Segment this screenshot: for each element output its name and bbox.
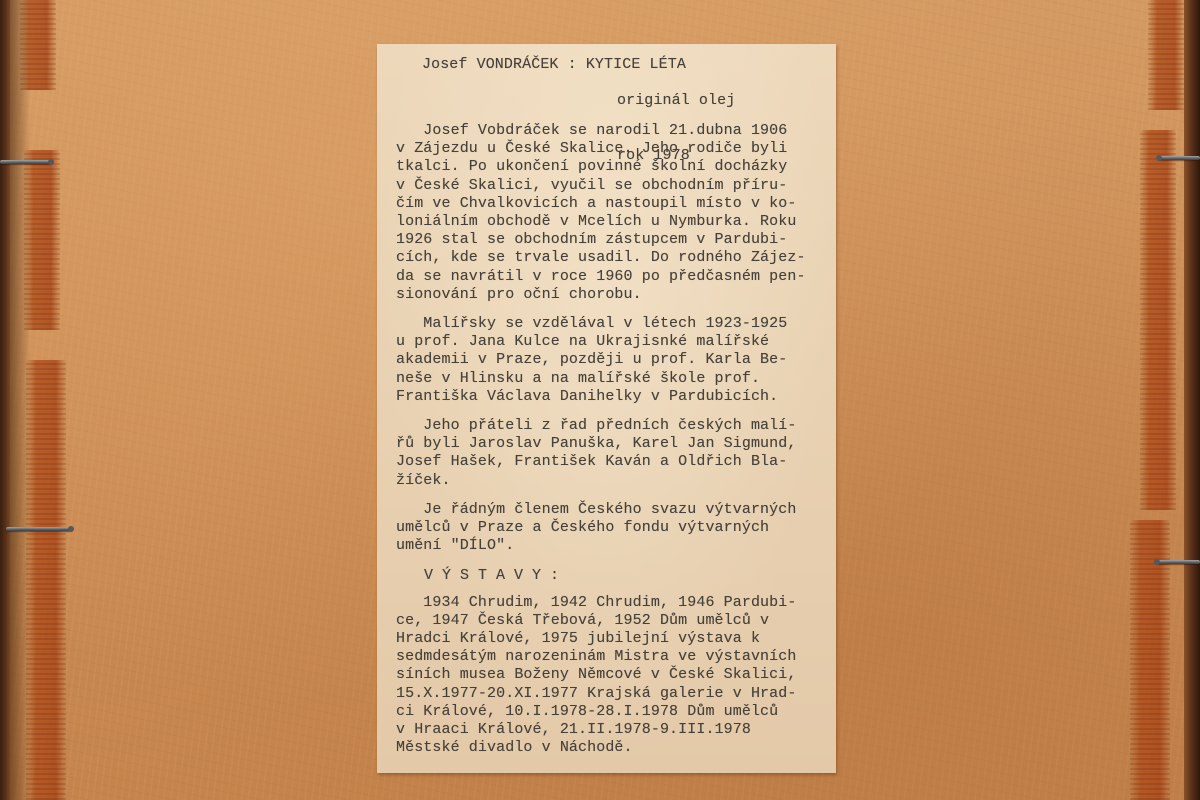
typed-line: 1926 stal se obchodním zástupcem v Pardu… [396,231,836,249]
frame-edge-left [0,0,10,800]
typed-line: da se navrátil v roce 1960 po předčasném… [396,268,836,286]
exhibitions-heading: V Ý S T A V Y : [424,567,836,585]
paragraph-membership: Je řádným členem Českého svazu výtvarnýc… [396,501,836,556]
typed-line: Františka Václava Danihelky v Pardubicíc… [396,388,836,406]
typed-line: u prof. Jana Kulce na Ukrajisnké malířsk… [396,333,836,351]
exhibition-line: Hradci Králové, 1975 jubilejní výstava k [396,630,836,648]
typed-line: Josef Vobdráček se narodil 21.dubna 1906 [396,122,836,140]
card-body: Josef Vobdráček se narodil 21.dubna 1906… [396,122,836,555]
exhibition-line: ce, 1947 Česká Třebová, 1952 Dům umělců … [396,612,836,630]
exhibition-line: 15.X.1977-20.XI.1977 Krajská galerie v H… [396,685,836,703]
exhibition-line: sedmdesátým narozeninám Mistra ve výstav… [396,648,836,666]
exhibition-line: v Hraaci Králové, 21.II.1978-9.III.1978 [396,721,836,739]
typed-line: umělců v Praze a Českého fondu výtvarnýc… [396,519,836,537]
frame-shadow-left [10,0,30,800]
exhibition-line: ci Králové, 10.I.1978-28.I.1978 Dům uměl… [396,703,836,721]
typed-line: žíček. [396,472,836,490]
staple-icon [1156,560,1200,564]
staple-icon [6,527,72,531]
typed-line: Jeho přáteli z řad předních českých malí… [396,417,836,435]
typed-line: řů byli Jaroslav Panuška, Karel Jan Sigm… [396,435,836,453]
paragraph-biography: Josef Vobdráček se narodil 21.dubna 1906… [396,122,836,304]
staple-icon [0,160,52,164]
typed-line: v České Skalici, vyučil se obchodním pří… [396,177,836,195]
typed-line: čím ve Chvalkovicích a nastoupil místo v… [396,195,836,213]
typed-line: Je řádným členem Českého svazu výtvarnýc… [396,501,836,519]
typed-line: sionování pro oční chorobu. [396,286,836,304]
paragraph-friends: Jeho přáteli z řad předních českých malí… [396,417,836,490]
exhibition-line: síních musea Boženy Němcové v České Skal… [396,666,836,684]
card-header: Josef VONDRÁČEK : KYTICE LÉTA originál o… [396,56,836,114]
exhibitions-list: 1934 Chrudim, 1942 Chrudim, 1946 Pardubi… [396,594,836,758]
typed-line: Malířsky se vzdělával v létech 1923-1925 [396,315,836,333]
typed-line: tkalci. Po ukončení povinné školní dochá… [396,158,836,176]
typed-line: cích, kde se trvale usadil. Do rodného Z… [396,249,836,267]
glue-strip-left [26,360,66,800]
paragraph-education: Malířsky se vzdělával v létech 1923-1925… [396,315,836,406]
glue-strip-right [1148,0,1184,110]
typed-line: Josef Hašek, František Kaván a Oldřich B… [396,453,836,471]
staple-icon [1158,156,1200,160]
medium-line: originál olej [617,92,735,110]
typed-line: loniálním obchodě v Mcelích u Nymburka. … [396,213,836,231]
exhibition-line: 1934 Chrudim, 1942 Chrudim, 1946 Pardubi… [396,594,836,612]
year-line: rok 1978 [617,147,735,165]
typed-line: akademii v Praze, později u prof. Karla … [396,351,836,369]
frame-edge-right [1184,0,1200,800]
typed-label-card: Josef VONDRÁČEK : KYTICE LÉTA originál o… [377,44,836,773]
exhibition-line: Městské divadlo v Náchodě. [396,739,836,757]
glue-strip-right [1140,130,1176,510]
typed-line: neše v Hlinsku a na malířské škole prof. [396,370,836,388]
artwork-details: originál olej rok 1978 [617,56,735,202]
typed-line: umění "DÍLO". [396,537,836,555]
typed-line: v Zájezdu u České Skalice. Jeho rodiče b… [396,140,836,158]
